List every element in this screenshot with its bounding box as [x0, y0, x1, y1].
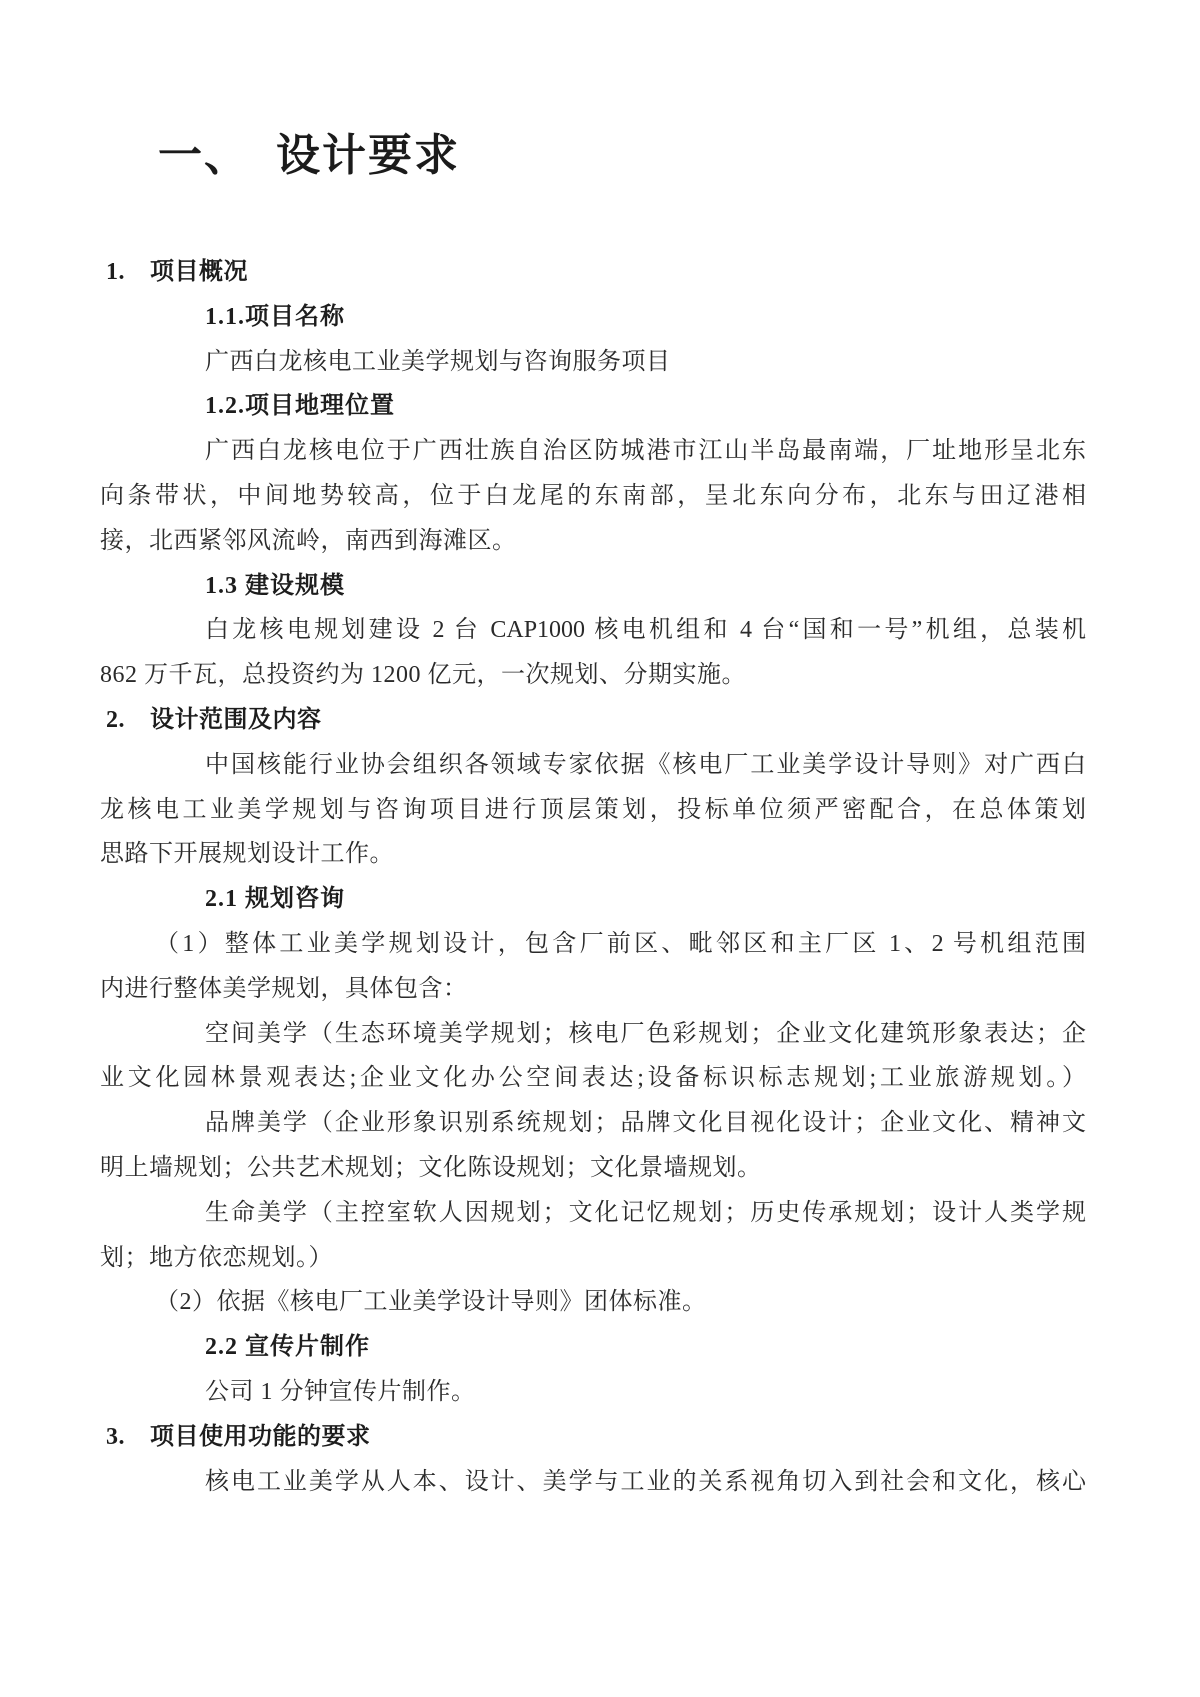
- doc-body: 1.项目概况 1.1.项目名称 广西白龙核电工业美学规划与咨询服务项目 1.2.…: [100, 250, 1086, 1504]
- doc-line: 公司 1 分钟宣传片制作。: [100, 1370, 1086, 1415]
- section-3-heading: 3.项目使用功能的要求: [100, 1415, 1086, 1460]
- doc-line: 划；地方依恋规划。）: [100, 1236, 1086, 1281]
- doc-title-number: 一、: [158, 128, 250, 184]
- doc-line-item-2: （2）依据《核电厂工业美学设计导则》团体标准。: [100, 1280, 1086, 1325]
- doc-line-brand-aesthetics: 品牌美学（企业形象识别系统规划；品牌文化目视化设计；企业文化、精神文: [100, 1101, 1086, 1146]
- subsection-1-2-heading: 1.2.项目地理位置: [100, 384, 1086, 429]
- doc-title-text: 设计要求: [276, 128, 460, 184]
- section-2-number: 2.: [100, 698, 150, 743]
- doc-line: 内进行整体美学规划，具体包含：: [100, 967, 1086, 1012]
- doc-line: 广西白龙核电位于广西壮族自治区防城港市江山半岛最南端，厂址地形呈北东: [100, 429, 1086, 474]
- doc-line: 接，北西紧邻风流岭，南西到海滩区。: [100, 519, 1086, 564]
- doc-line-life-aesthetics: 生命美学（主控室软人因规划；文化记忆规划；历史传承规划；设计人类学规: [100, 1191, 1086, 1236]
- doc-line: 白龙核电规划建设 2 台 CAP1000 核电机组和 4 台“国和一号”机组，总…: [100, 608, 1086, 653]
- doc-line: 思路下开展规划设计工作。: [100, 832, 1086, 877]
- document-page: 一、 设计要求 1.项目概况 1.1.项目名称 广西白龙核电工业美学规划与咨询服…: [0, 0, 1200, 1697]
- doc-line: 业文化园林景观表达;企业文化办公空间表达;设备标识标志规划;工业旅游规划。）: [100, 1056, 1086, 1101]
- doc-title: 一、 设计要求: [158, 128, 460, 184]
- subsection-1-3-heading: 1.3 建设规模: [100, 564, 1086, 609]
- subsection-1-1-heading: 1.1.项目名称: [100, 295, 1086, 340]
- doc-line: 中国核能行业协会组织各领域专家依据《核电厂工业美学设计导则》对广西白: [100, 743, 1086, 788]
- section-1-heading: 1.项目概况: [100, 250, 1086, 295]
- doc-line-item-1: （1）整体工业美学规划设计，包含厂前区、毗邻区和主厂区 1、2 号机组范围: [100, 922, 1086, 967]
- doc-line: 向条带状，中间地势较高，位于白龙尾的东南部，呈北东向分布，北东与田辽港相: [100, 474, 1086, 519]
- doc-line-space-aesthetics: 空间美学（生态环境美学规划；核电厂色彩规划；企业文化建筑形象表达；企: [100, 1012, 1086, 1057]
- doc-line: 核电工业美学从人本、设计、美学与工业的关系视角切入到社会和文化，核心: [100, 1460, 1086, 1505]
- doc-line: 明上墙规划；公共艺术规划；文化陈设规划；文化景墙规划。: [100, 1146, 1086, 1191]
- section-2-label: 设计范围及内容: [150, 707, 322, 733]
- section-2-heading: 2.设计范围及内容: [100, 698, 1086, 743]
- section-1-number: 1.: [100, 250, 150, 295]
- section-3-number: 3.: [100, 1415, 150, 1460]
- section-3-label: 项目使用功能的要求: [150, 1424, 371, 1450]
- section-1-label: 项目概况: [150, 259, 248, 285]
- subsection-2-1-heading: 2.1 规划咨询: [100, 877, 1086, 922]
- subsection-2-2-heading: 2.2 宣传片制作: [100, 1325, 1086, 1370]
- doc-line: 龙核电工业美学规划与咨询项目进行顶层策划，投标单位须严密配合，在总体策划: [100, 788, 1086, 833]
- doc-line: 862 万千瓦，总投资约为 1200 亿元，一次规划、分期实施。: [100, 653, 1086, 698]
- doc-line-project-name: 广西白龙核电工业美学规划与咨询服务项目: [100, 340, 1086, 385]
